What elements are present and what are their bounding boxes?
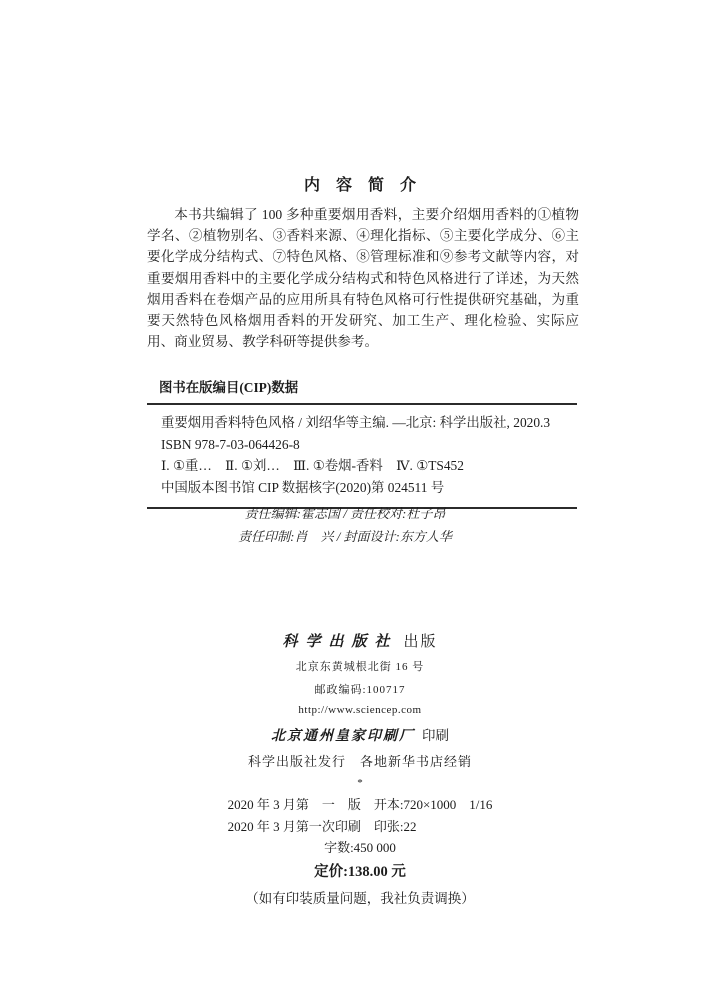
section-divider-star: * <box>0 777 720 789</box>
cip-title-line: 重要烟用香料特色风格 / 刘绍华等主编. —北京: 科学出版社, 2020.3 <box>161 412 577 434</box>
cip-header: 图书在版编目(CIP)数据 <box>147 377 577 405</box>
publisher-logo: 科学出版社 <box>282 634 397 650</box>
publisher-line: 科学出版社出版 <box>0 630 720 651</box>
publish-label: 出版 <box>404 634 438 650</box>
colophon: 科学出版社出版 北京东黄城根北街 16 号 邮政编码:100717 http:/… <box>0 630 720 907</box>
printer-name: 北京通州皇家印刷厂 <box>271 729 415 744</box>
printing-line: 2020 年 3 月第一次印刷 印张:22 <box>228 816 493 838</box>
cip-body: 重要烟用香料特色风格 / 刘绍华等主编. —北京: 科学出版社, 2020.3 … <box>147 405 577 509</box>
edition-line: 2020 年 3 月第 一 版 开本:720×1000 1/16 <box>228 794 493 816</box>
credits-editor-line: 责任编辑:霍志国 / 责任校对:杜子昂 <box>0 502 690 525</box>
cip-classification-line: Ⅰ. ①重… Ⅱ. ①刘… Ⅲ. ①卷烟-香料 Ⅳ. ①TS452 <box>161 455 577 477</box>
cip-record-line: 中国版本图书馆 CIP 数据核字(2020)第 024511 号 <box>161 477 577 499</box>
book-copyright-page: 内 容 简 介 本书共编辑了 100 多种重要烟用香料，主要介绍烟用香料的①植物… <box>0 0 720 1000</box>
publisher-address: 北京东黄城根北街 16 号 <box>0 658 720 674</box>
word-count-line: 字数:450 000 <box>0 837 720 856</box>
print-label: 印刷 <box>422 728 449 743</box>
cip-box: 图书在版编目(CIP)数据 重要烟用香料特色风格 / 刘绍华等主编. —北京: … <box>147 377 577 509</box>
content-intro-title: 内 容 简 介 <box>0 172 720 195</box>
printer-line: 北京通州皇家印刷厂印刷 <box>0 724 720 745</box>
staff-credits: 责任编辑:霍志国 / 责任校对:杜子昂 责任印制:肖 兴 / 封面设计:东方人华 <box>0 502 690 548</box>
cip-isbn-line: ISBN 978-7-03-064426-8 <box>161 434 577 456</box>
credits-printing-line: 责任印制:肖 兴 / 封面设计:东方人华 <box>0 525 690 548</box>
content-intro-paragraph: 本书共编辑了 100 多种重要烟用香料，主要介绍烟用香料的①植物学名、②植物别名… <box>147 204 579 352</box>
publisher-website: http://www.sciencep.com <box>0 704 720 716</box>
edition-block: 2020 年 3 月第 一 版 开本:720×1000 1/16 2020 年 … <box>228 794 493 837</box>
publisher-postcode: 邮政编码:100717 <box>0 681 720 697</box>
price-line: 定价:138.00 元 <box>0 860 720 881</box>
distribution-line: 科学出版社发行 各地新华书店经销 <box>0 751 720 770</box>
exchange-note: （如有印装质量问题，我社负责调换） <box>0 887 720 907</box>
